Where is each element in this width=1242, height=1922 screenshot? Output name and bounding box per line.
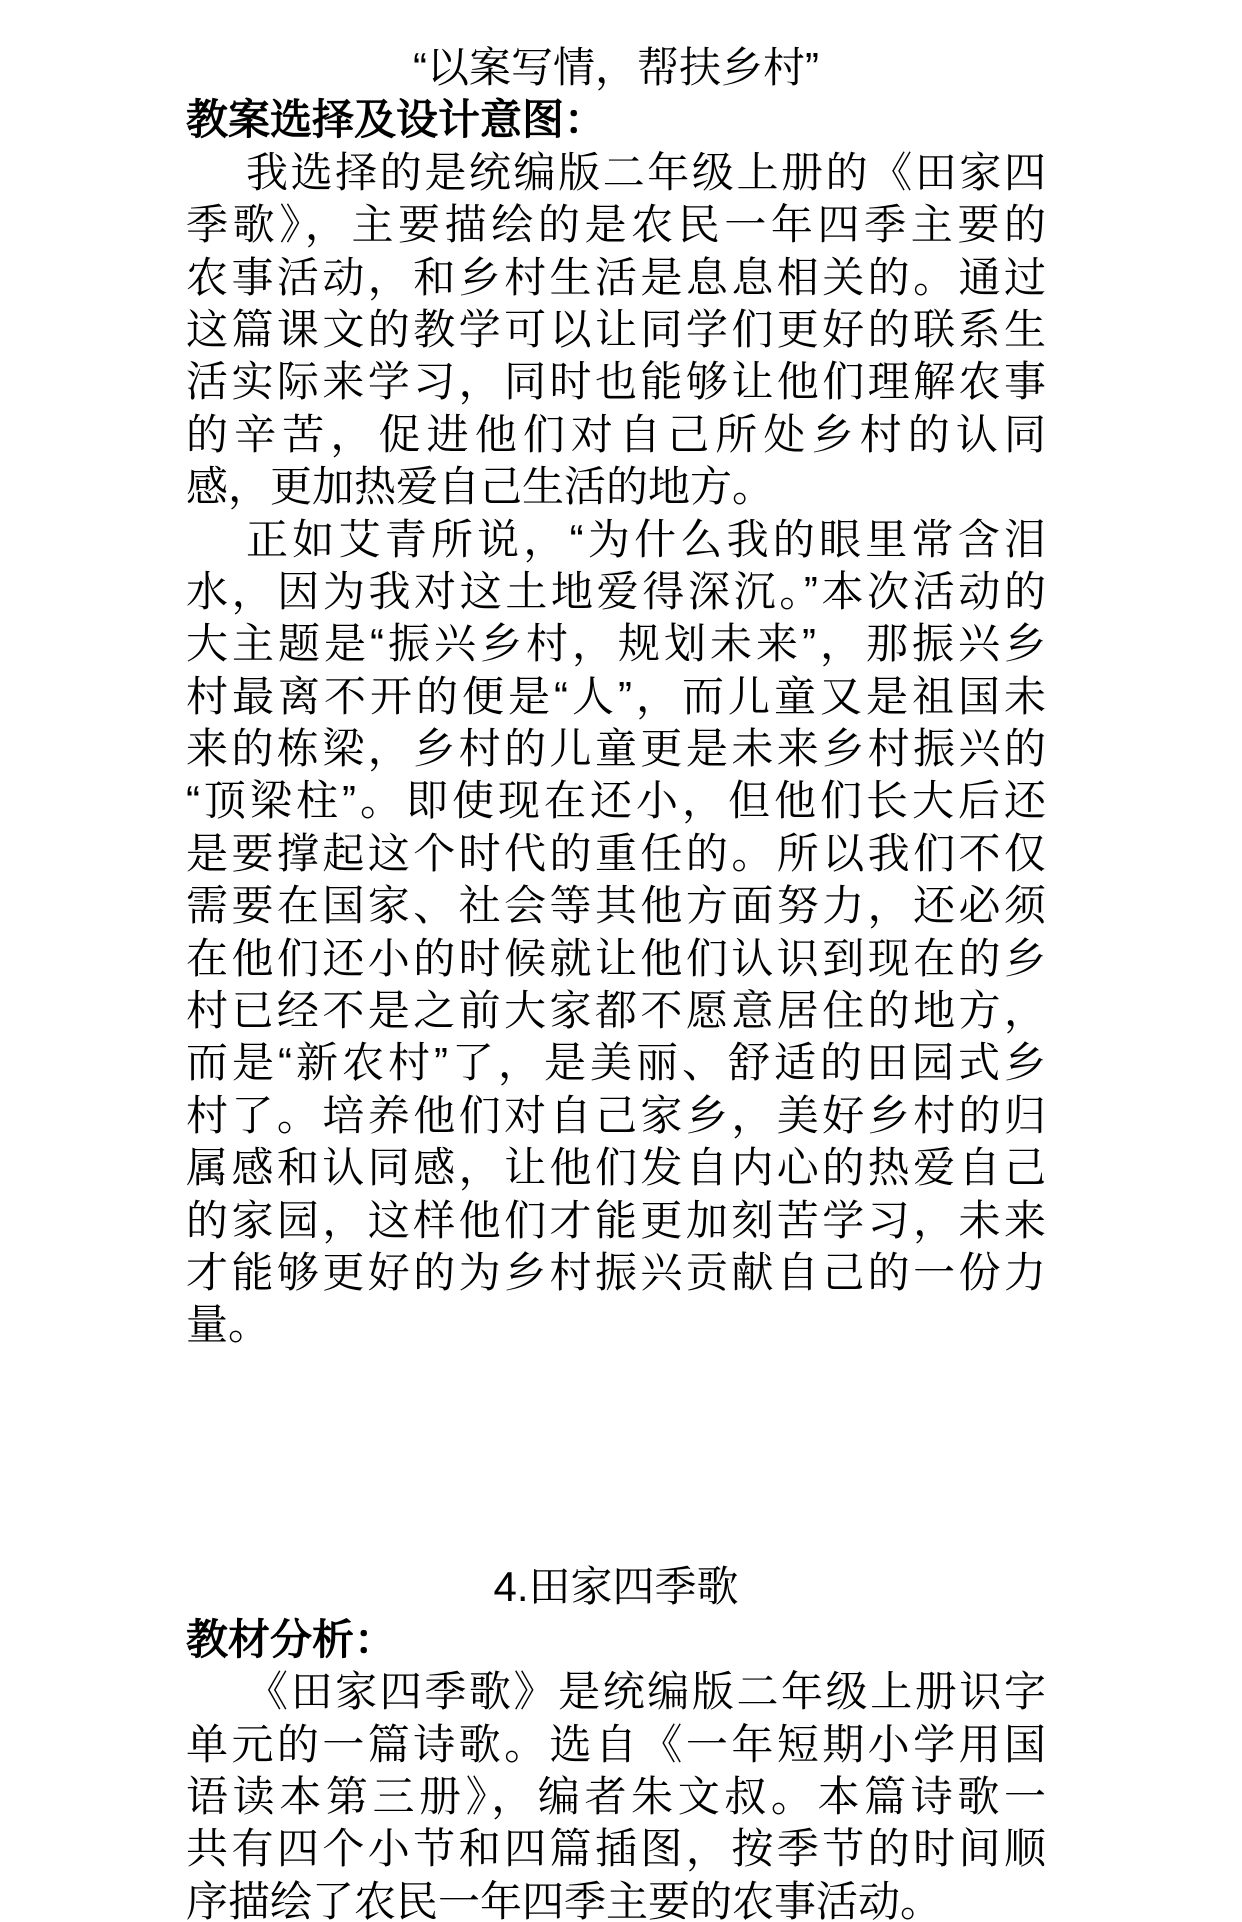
section1-heading: 教案选择及设计意图：: [186, 94, 1046, 146]
text-line: 需要在国家、社会等其他方面努力，还必须: [186, 880, 1046, 932]
text-line: “顶梁柱”。即使现在还小，但他们长大后还: [186, 775, 1046, 827]
text-line: 村了。培养他们对自己家乡，美好乡村的归: [186, 1090, 1046, 1142]
text-line: 的辛苦，促进他们对自己所处乡村的认同: [186, 409, 1046, 461]
text-line: 正如艾青所说，“为什么我的眼里常含泪: [186, 514, 1046, 566]
text-line: 水，因为我对这土地爱得深沉。”本次活动的: [186, 566, 1046, 618]
text-line: 属感和认同感，让他们发自内心的热爱自己: [186, 1142, 1046, 1194]
text-line: 才能够更好的为乡村振兴贡献自己的一份力: [186, 1247, 1046, 1299]
text-line: 村已经不是之前大家都不愿意居住的地方，: [186, 985, 1046, 1037]
text-line: 而是“新农村”了，是美丽、舒适的田园式乡: [186, 1037, 1046, 1089]
text-line: 大主题是“振兴乡村，规划未来”，那振兴乡: [186, 618, 1046, 670]
text-line: 量。: [186, 1299, 1046, 1351]
text-line: 感，更加热爱自己生活的地方。: [186, 461, 1046, 513]
section2-heading: 教材分析：: [186, 1614, 1046, 1666]
section2-title: 4.田家四季歌: [186, 1561, 1046, 1613]
text-line: 在他们还小的时候就让他们认识到现在的乡: [186, 933, 1046, 985]
document-page: “以案写情，帮扶乡村” 教案选择及设计意图： 我选择的是统编版二年级上册的《田家…: [0, 0, 1242, 1922]
text-line: 村最离不开的便是“人”，而儿童又是祖国未: [186, 671, 1046, 723]
text-line: 来的栋梁，乡村的儿童更是未来乡村振兴的: [186, 723, 1046, 775]
text-line: 语读本第三册》，编者朱文叔。本篇诗歌一: [186, 1771, 1046, 1823]
text-line: 《田家四季歌》是统编版二年级上册识字: [186, 1666, 1046, 1718]
text-line: 的家园，这样他们才能更加刻苦学习，未来: [186, 1195, 1046, 1247]
text-column: “以案写情，帮扶乡村” 教案选择及设计意图： 我选择的是统编版二年级上册的《田家…: [186, 42, 1046, 1922]
text-line: 活实际来学习，同时也能够让他们理解农事: [186, 356, 1046, 408]
text-line: 单元的一篇诗歌。选自《一年短期小学用国: [186, 1719, 1046, 1771]
text-line: 序描绘了农民一年四季主要的农事活动。: [186, 1876, 1046, 1922]
text-line: 这篇课文的教学可以让同学们更好的联系生: [186, 304, 1046, 356]
text-line: 共有四个小节和四篇插图，按季节的时间顺: [186, 1823, 1046, 1875]
text-line: 是要撑起这个时代的重任的。所以我们不仅: [186, 828, 1046, 880]
text-line: 我选择的是统编版二年级上册的《田家四: [186, 147, 1046, 199]
text-line: 农事活动，和乡村生活是息息相关的。通过: [186, 252, 1046, 304]
text-line: 季歌》，主要描绘的是农民一年四季主要的: [186, 199, 1046, 251]
section1-title: “以案写情，帮扶乡村”: [186, 42, 1046, 94]
